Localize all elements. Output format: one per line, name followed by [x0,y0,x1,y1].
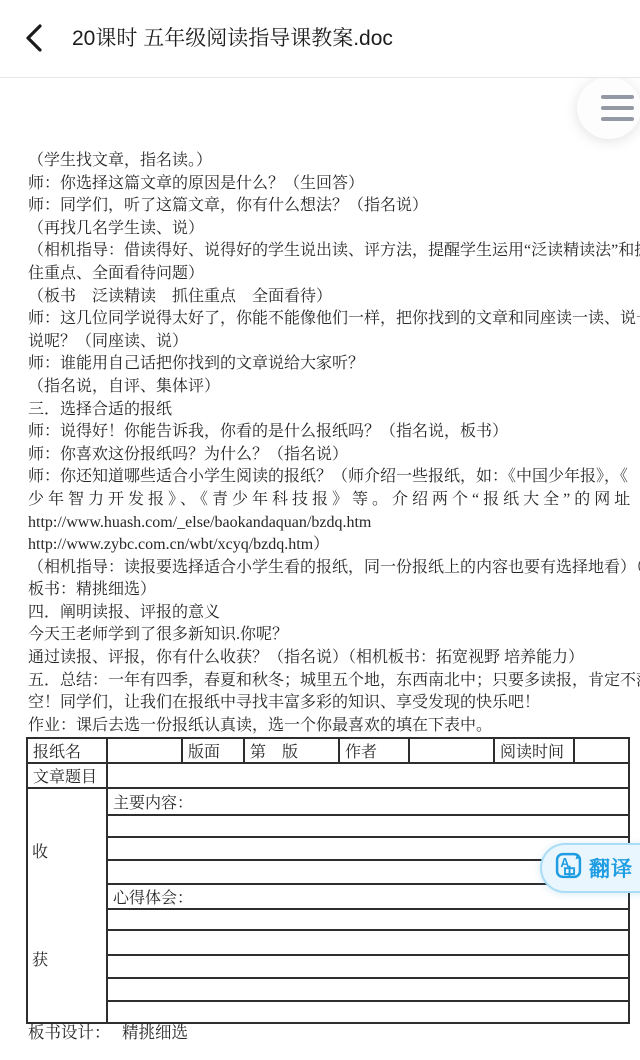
document-page: （学生找文章，指名读。） 师：你选择这篇文章的原因是什么？（生回答） 师：同学们… [28,150,634,737]
cell-paper-name-value [107,738,182,763]
doc-line: 师：谁能用自己话把你找到的文章说给大家听？ [28,353,634,376]
table-row [27,860,629,884]
doc-line: 通过读报、评报，你有什么收获？（指名说）（相机板书：拓宽视野 培养能力） [28,647,634,670]
cell-blank [107,955,629,978]
doc-url: http://www.zybc.com.cn/wbt/xcyq/bzdq.htm… [28,534,634,557]
doc-url: http://www.huash.com/_else/baokandaquan/… [28,512,634,535]
cell-layout-label: 版面 [182,738,244,763]
doc-section-heading: 五．总结：一年有四季，春夏和秋冬；城里五个地，东西南北中；只要多读报，肯定不落 [28,670,634,693]
table-row [27,1001,629,1023]
doc-line: （指名说，自评、集体评） [28,376,634,399]
doc-line: 师：你喜欢这份报纸吗？为什么？（指名说） [28,444,634,467]
doc-line: （相机指导：读报要选择适合小学生看的报纸，同一份报纸上的内容也要有选择地看）（ [28,557,634,580]
doc-section-heading: 四．阐明读报、评报的意义 [28,602,634,625]
back-button[interactable] [14,22,54,58]
cell-blank [107,909,629,930]
cell-reading-time-value [574,738,629,763]
cell-blank [107,930,629,955]
translate-button[interactable]: A 翻译 [540,843,640,893]
doc-line: 少年智力开发报》、《青少年科技报》等。介绍两个“报纸大全”的网址 [28,489,634,512]
cell-article-title-label: 文章题目 [27,763,107,788]
hamburger-menu-icon [601,95,634,99]
doc-line: 师：同学们，听了这篇文章，你有什么想法？（指名说） [28,195,634,218]
doc-line: 师：你还知道哪些适合小学生阅读的报纸？（师介绍一些报纸，如：《中国少年报》，《 [28,466,634,489]
cell-author-value [409,738,494,763]
doc-line: 今天王老师学到了很多新知识.你呢？ [28,624,634,647]
table-row [27,930,629,955]
doc-section-heading: 三．选择合适的报纸 [28,399,634,422]
table-row: 心得体会： [27,884,629,909]
doc-line: （再找几名学生读、说） [28,218,634,241]
doc-line: （相机指导：借读得好、说得好的学生说出读、评方法，提醒学生运用“泛读精读法”和抓 [28,240,634,263]
doc-line: 师：你选择这篇文章的原因是什么？（生回答） [28,173,634,196]
board-design-label: 板书设计： [28,1019,111,1043]
cell-harvest-column: 收 获 [27,788,107,1023]
chevron-left-icon [23,23,45,58]
cell-paper-name-label: 报纸名 [27,738,107,763]
doc-line: 住重点、全面看待问题） [28,263,634,286]
table-row [27,955,629,978]
menu-fab-button[interactable] [577,77,640,139]
doc-line: 说呢？（同座读、说） [28,331,634,354]
homework-table: 报纸名 版面 第 版 作者 阅读时间 文章题目 收 获 主要内容： 心得体会： [26,737,630,1024]
document-title: 20课时 五年级阅读指导课教案.doc [72,0,393,78]
doc-line: 作业：课后去选一份报纸认真读，选一个你最喜欢的填在下表中。 [28,715,634,738]
doc-line: 师：说得好！你能告诉我，你看的是什么报纸吗？（指名说，板书） [28,421,634,444]
doc-line: （学生找文章，指名读。） [28,150,634,173]
table-row [27,978,629,1001]
translate-icon: A [555,852,582,884]
board-design-value: 精挑细选 [122,1019,188,1043]
table-row [27,815,629,837]
cell-main-content-label: 主要内容： [107,788,629,815]
cell-article-title-value [107,763,629,788]
table-row: 收 获 主要内容： [27,788,629,815]
table-row [27,909,629,930]
cell-blank [107,815,629,837]
app-header: 20课时 五年级阅读指导课教案.doc [0,0,640,78]
table-row: 报纸名 版面 第 版 作者 阅读时间 [27,738,629,763]
doc-line: 师：这几位同学说得太好了，你能不能像他们一样，把你找到的文章和同座读一读、说一 [28,308,634,331]
table-row [27,837,629,860]
cell-blank [107,978,629,1001]
cell-edition-value: 第 版 [244,738,339,763]
doc-line: 空！同学们，让我们在报纸中寻找丰富多彩的知识、享受发现的快乐吧！ [28,692,634,715]
doc-line: （板书 泛读精读 抓住重点 全面看待） [28,286,634,309]
translate-label: 翻译 [589,853,633,883]
cell-reading-time-label: 阅读时间 [494,738,574,763]
table-row: 文章题目 [27,763,629,788]
doc-line: 板书：精挑细选） [28,579,634,602]
cell-author-label: 作者 [339,738,409,763]
